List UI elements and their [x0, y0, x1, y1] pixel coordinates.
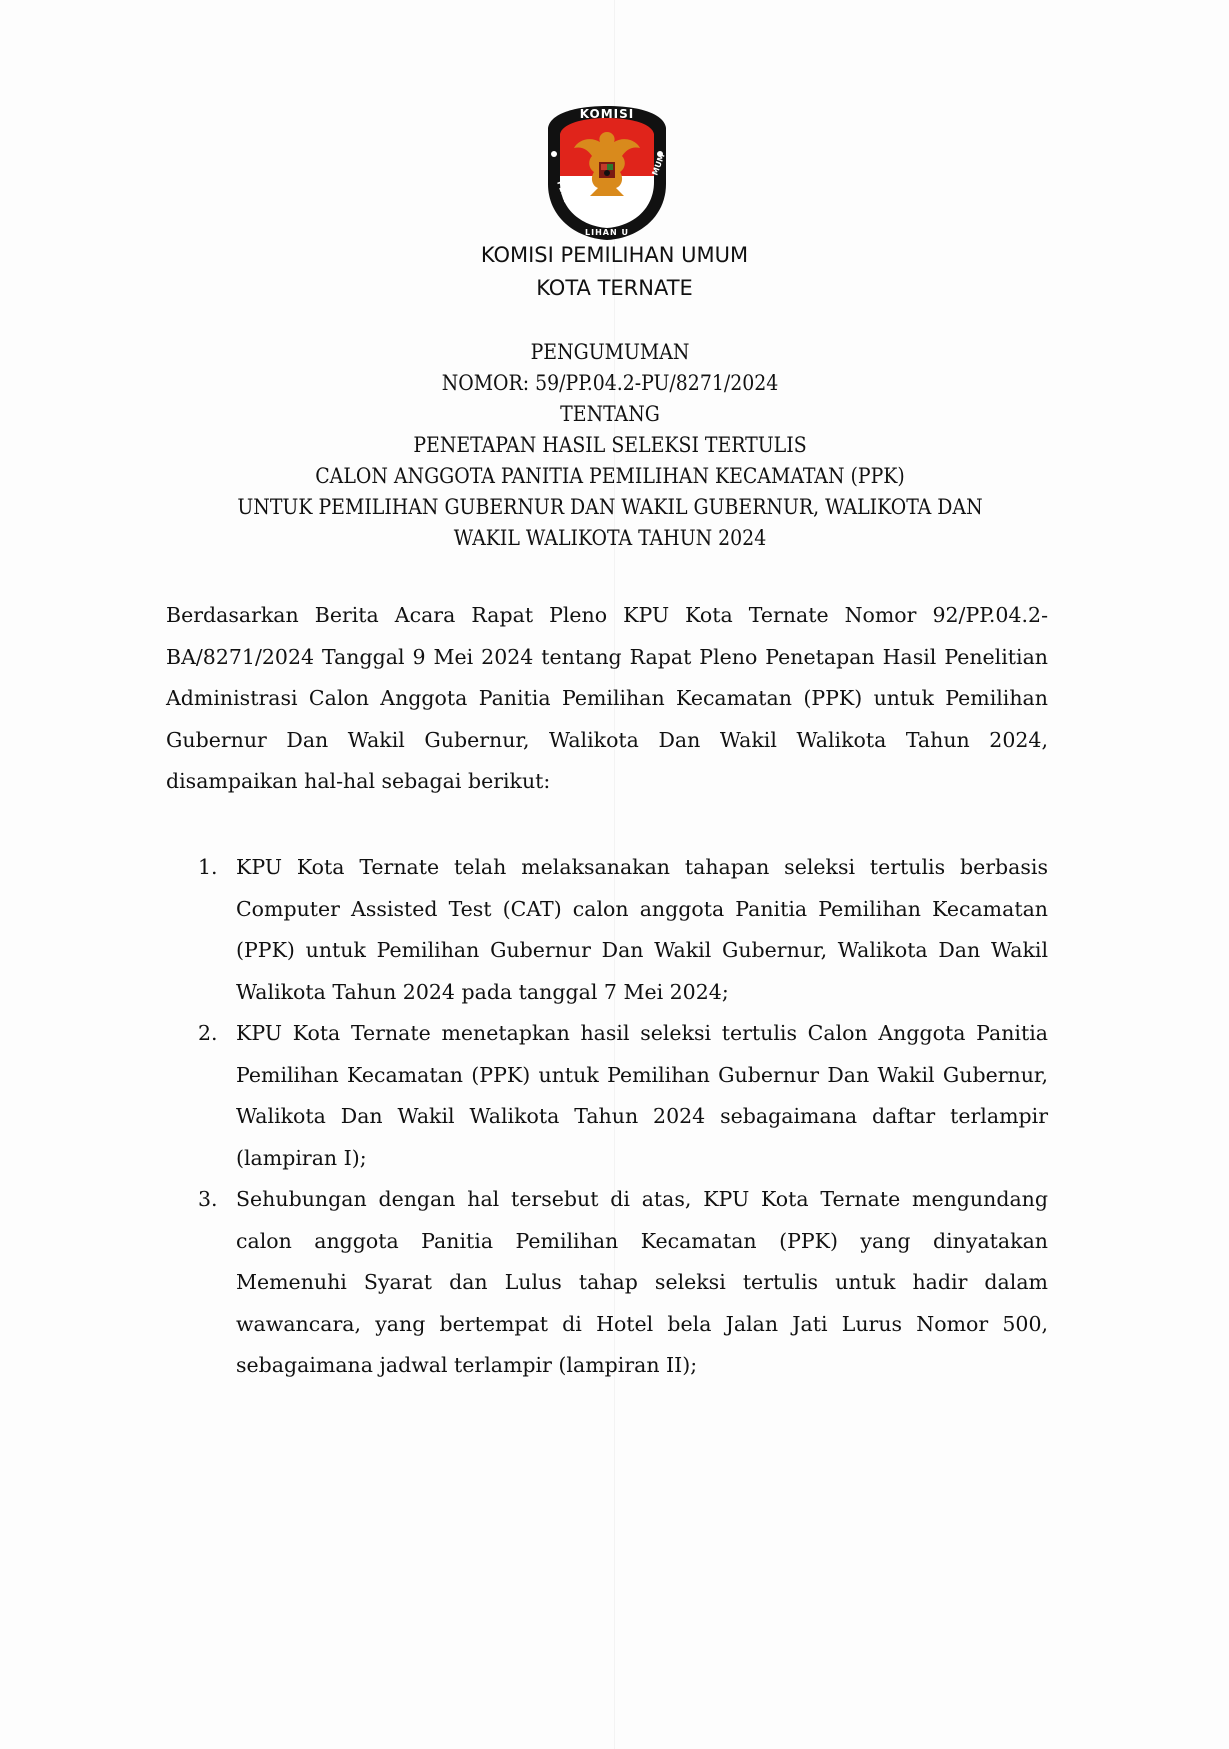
- list-item: 2. KPU Kota Ternate menetapkan hasil sel…: [198, 1013, 1048, 1179]
- about-label: TENTANG: [150, 399, 1070, 430]
- organization-city: KOTA TERNATE: [0, 276, 1229, 300]
- subject-line: CALON ANGGOTA PANITIA PEMILIHAN KECAMATA…: [150, 461, 1070, 492]
- list-item: 1. KPU Kota Ternate telah melaksanakan t…: [198, 847, 1048, 1013]
- svg-text:LIHAN U: LIHAN U: [585, 228, 629, 237]
- list-item: 3. Sehubungan dengan hal tersebut di ata…: [198, 1179, 1048, 1387]
- subject-line: PENETAPAN HASIL SELEKSI TERTULIS: [150, 430, 1070, 461]
- list-item-text: Sehubungan dengan hal tersebut di atas, …: [236, 1187, 1048, 1377]
- document-number: NOMOR: 59/PP.04.2-PU/8271/2024: [150, 368, 1070, 399]
- list-item-text: KPU Kota Ternate menetapkan hasil seleks…: [236, 1021, 1048, 1170]
- subject-line: UNTUK PEMILIHAN GUBERNUR DAN WAKIL GUBER…: [150, 492, 1070, 523]
- announcement-heading: PENGUMUMAN NOMOR: 59/PP.04.2-PU/8271/202…: [150, 337, 1070, 554]
- list-number: 2.: [198, 1013, 218, 1055]
- kpu-emblem-icon: KOMISI LIHAN U PEMI MUM: [544, 104, 670, 240]
- organization-name: KOMISI PEMILIHAN UMUM: [0, 243, 1229, 267]
- intro-paragraph: Berdasarkan Berita Acara Rapat Pleno KPU…: [166, 595, 1048, 803]
- document-type: PENGUMUMAN: [150, 337, 1070, 368]
- svg-text:KOMISI: KOMISI: [580, 107, 634, 121]
- list-number: 3.: [198, 1179, 218, 1221]
- numbered-list: 1. KPU Kota Ternate telah melaksanakan t…: [198, 847, 1048, 1387]
- subject-line: WAKIL WALIKOTA TAHUN 2024: [150, 523, 1070, 554]
- list-item-text: KPU Kota Ternate telah melaksanakan taha…: [236, 855, 1048, 1004]
- document-page: KOMISI LIHAN U PEMI MUM KOMISI PEMILIHAN…: [0, 0, 1229, 1749]
- list-number: 1.: [198, 847, 218, 889]
